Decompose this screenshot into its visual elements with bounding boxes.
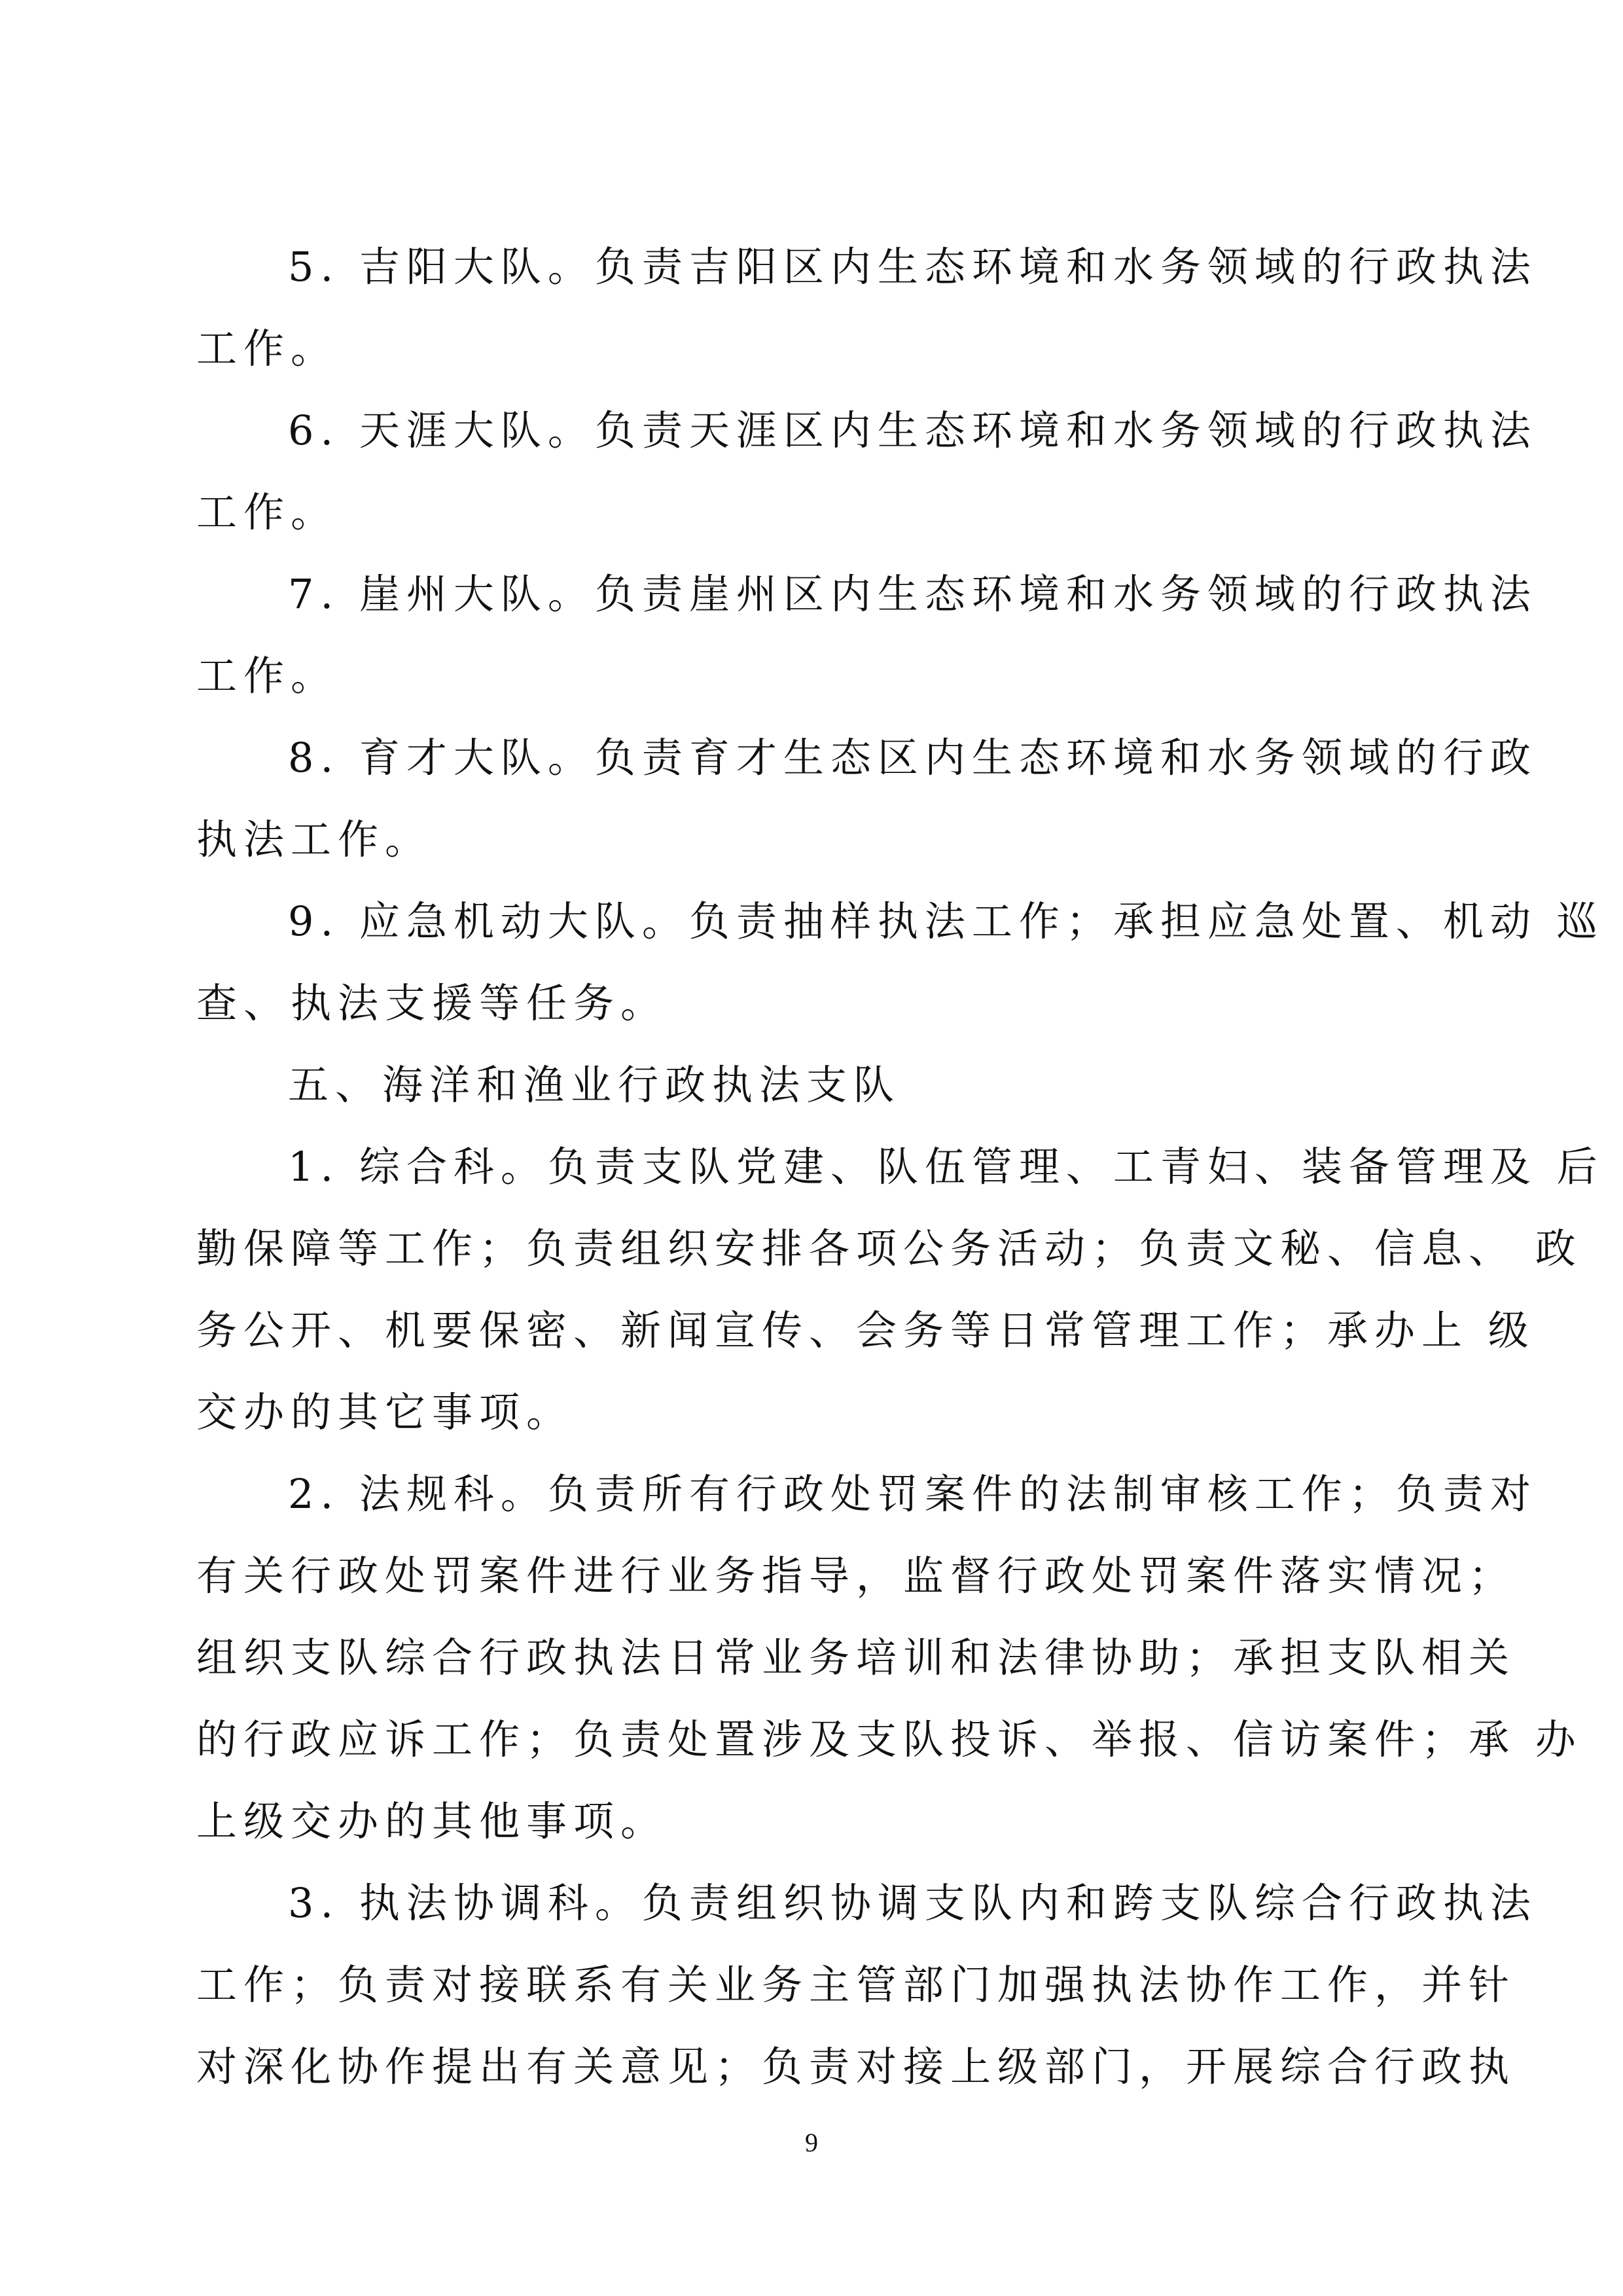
paragraph-general-section-line-2: 勤保障等工作；负责组织安排各项公务活动；负责文秘、信息、 政 — [196, 1208, 1440, 1289]
paragraph-jiyang-brigade-line-2: 工作。 — [196, 308, 1440, 389]
paragraph-tianya-brigade-line-1: 6. 天涯大队。负责天涯区内生态环境和水务领域的行政执法 — [196, 389, 1440, 471]
paragraph-jiyang-brigade-line-1: 5. 吉阳大队。负责吉阳区内生态环境和水务领域的行政执法 — [196, 226, 1440, 308]
paragraph-tianya-brigade-line-2: 工作。 — [196, 471, 1440, 553]
paragraph-coordination-section-line-3: 对深化协作提出有关意见；负责对接上级部门，开展综合行政执 — [196, 2026, 1440, 2108]
document-body: 5. 吉阳大队。负责吉阳区内生态环境和水务领域的行政执法 工作。 6. 天涯大队… — [196, 226, 1440, 2108]
page-number: 9 — [0, 2127, 1623, 2158]
paragraph-regulation-section-line-1: 2. 法规科。负责所有行政处罚案件的法制审核工作；负责对 — [196, 1453, 1440, 1535]
paragraph-regulation-section-line-3: 组织支队综合行政执法日常业务培训和法律协助；承担支队相关 — [196, 1617, 1440, 1698]
paragraph-general-section-line-1: 1. 综合科。负责支队党建、队伍管理、工青妇、装备管理及 后 — [196, 1126, 1440, 1208]
paragraph-yucai-brigade-line-2: 执法工作。 — [196, 798, 1440, 880]
paragraph-regulation-section-line-4: 的行政应诉工作；负责处置涉及支队投诉、举报、信访案件；承 办 — [196, 1698, 1440, 1780]
paragraph-coordination-section-line-2: 工作；负责对接联系有关业务主管部门加强执法协作工作，并针 — [196, 1944, 1440, 2026]
paragraph-regulation-section-line-2: 有关行政处罚案件进行业务指导，监督行政处罚案件落实情况； — [196, 1535, 1440, 1617]
paragraph-general-section-line-4: 交办的其它事项。 — [196, 1371, 1440, 1453]
paragraph-yazhou-brigade-line-1: 7. 崖州大队。负责崖州区内生态环境和水务领域的行政执法 — [196, 553, 1440, 635]
paragraph-emergency-brigade-line-2: 查、执法支援等任务。 — [196, 962, 1440, 1044]
paragraph-yucai-brigade-line-1: 8. 育才大队。负责育才生态区内生态环境和水务领域的行政 — [196, 717, 1440, 798]
paragraph-general-section-line-3: 务公开、机要保密、新闻宣传、会务等日常管理工作；承办上 级 — [196, 1289, 1440, 1371]
paragraph-regulation-section-line-5: 上级交办的其他事项。 — [196, 1780, 1440, 1862]
paragraph-yazhou-brigade-line-2: 工作。 — [196, 635, 1440, 717]
section-heading-marine-fishery-detachment: 五、海洋和渔业行政执法支队 — [196, 1044, 1440, 1126]
paragraph-emergency-brigade-line-1: 9. 应急机动大队。负责抽样执法工作；承担应急处置、机动 巡 — [196, 880, 1440, 962]
paragraph-coordination-section-line-1: 3. 执法协调科。负责组织协调支队内和跨支队综合行政执法 — [196, 1862, 1440, 1944]
